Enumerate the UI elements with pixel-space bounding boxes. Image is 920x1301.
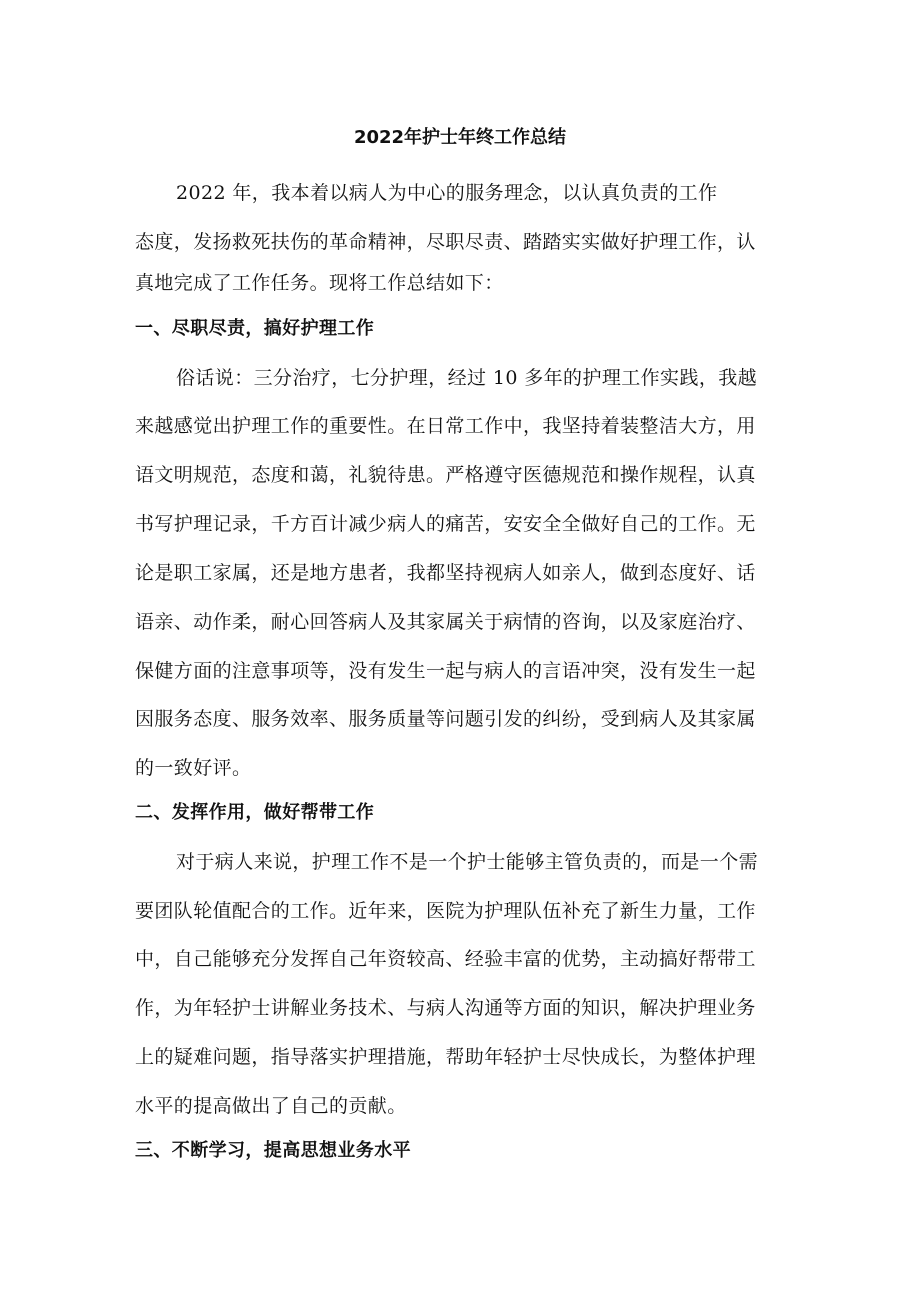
paragraph-line: 的一致好评。 — [135, 755, 795, 781]
paragraph-line: 要团队轮值配合的工作。近年来，医院为护理队伍补充了新生力量，工作 — [135, 898, 795, 924]
document-page: 2022年护士年终工作总结 2022 年，我本着以病人为中心的服务理念，以认真负… — [0, 0, 920, 1301]
section-heading-1: 一、尽职尽责，搞好护理工作 — [135, 316, 795, 342]
intro-line: 态度，发扬救死扶伤的革命精神，尽职尽责、踏踏实实做好护理工作，认 — [135, 229, 795, 255]
section-heading-2: 二、发挥作用，做好帮带工作 — [135, 800, 795, 826]
paragraph-line: 水平的提高做出了自己的贡献。 — [135, 1093, 795, 1119]
section-heading-3: 三、不断学习，提高思想业务水平 — [135, 1138, 795, 1164]
paragraph-line: 上的疑难问题，指导落实护理措施，帮助年轻护士尽快成长，为整体护理 — [135, 1044, 795, 1070]
paragraph-line: 中，自己能够充分发挥自己年资较高、经验丰富的优势，主动搞好帮带工 — [135, 946, 795, 972]
paragraph-line: 因服务态度、服务效率、服务质量等问题引发的纠纷，受到病人及其家属 — [135, 706, 795, 732]
paragraph-line: 作，为年轻护士讲解业务技术、与病人沟通等方面的知识，解决护理业务 — [135, 995, 795, 1021]
paragraph-line: 书写护理记录，千方百计减少病人的痛苦，安安全全做好自己的工作。无 — [135, 511, 795, 537]
paragraph-line: 俗话说：三分治疗，七分护理，经过 10 多年的护理工作实践，我越 — [176, 365, 836, 391]
document-title: 2022年护士年终工作总结 — [0, 125, 920, 151]
paragraph-line: 对于病人来说，护理工作不是一个护士能够主管负责的，而是一个需 — [176, 849, 836, 875]
paragraph-line: 语文明规范，态度和蔼，礼貌待患。严格遵守医德规范和操作规程，认真 — [135, 462, 795, 488]
intro-line: 2022 年，我本着以病人为中心的服务理念，以认真负责的工作 — [176, 180, 836, 206]
intro-line: 真地完成了工作任务。现将工作总结如下： — [135, 270, 795, 296]
paragraph-line: 论是职工家属，还是地方患者，我都坚持视病人如亲人，做到态度好、话 — [135, 560, 795, 586]
paragraph-line: 来越感觉出护理工作的重要性。在日常工作中，我坚持着装整洁大方，用 — [135, 413, 795, 439]
paragraph-line: 语亲、动作柔，耐心回答病人及其家属关于病情的咨询，以及家庭治疗、 — [135, 609, 795, 635]
paragraph-line: 保健方面的注意事项等，没有发生一起与病人的言语冲突，没有发生一起 — [135, 658, 795, 684]
